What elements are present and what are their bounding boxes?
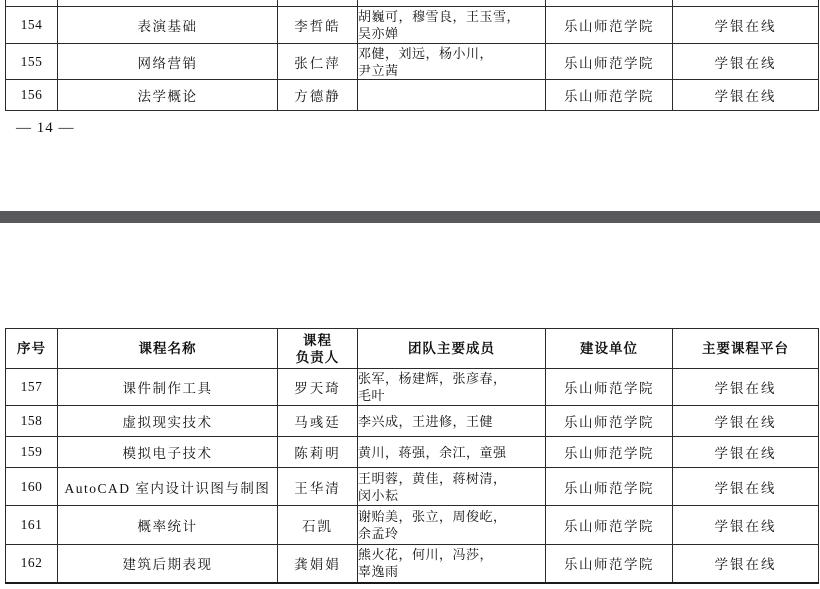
cell-index: 158 bbox=[6, 406, 58, 437]
table-row: 161 概率统计 石凯 谢贻美，张立，周俊屹， 余孟玲 乐山师范学院 学银在线 bbox=[6, 506, 819, 545]
cell-institution: 乐山师范学院 bbox=[546, 369, 673, 406]
cell-course-name: 法学概论 bbox=[58, 80, 278, 111]
cell-index: 156 bbox=[6, 80, 58, 111]
page-separator-bar bbox=[0, 211, 820, 223]
cell-team-members bbox=[358, 80, 546, 111]
cell-team-members: 李兴成，王进修，王健 bbox=[358, 406, 546, 437]
cell-course-leader: 龚娟娟 bbox=[278, 545, 358, 583]
cell-index: 159 bbox=[6, 437, 58, 468]
cell-platform: 学银在线 bbox=[673, 7, 819, 44]
cell-platform: 学银在线 bbox=[673, 406, 819, 437]
cell-institution: 乐山师范学院 bbox=[546, 506, 673, 545]
header-index: 序号 bbox=[6, 329, 58, 369]
cell-team-members: 谢贻美，张立，周俊屹， 余孟玲 bbox=[358, 506, 546, 545]
page-number: — 14 — bbox=[16, 120, 75, 137]
table-row: 158 虚拟现实技术 马彧廷 李兴成，王进修，王健 乐山师范学院 学银在线 bbox=[6, 406, 819, 437]
cell-institution: 乐山师范学院 bbox=[546, 44, 673, 80]
cell-course-leader: 石凯 bbox=[278, 506, 358, 545]
cell-institution: 乐山师范学院 bbox=[546, 7, 673, 44]
cell-team-members: 张军，杨建辉，张彦春， 毛叶 bbox=[358, 369, 546, 406]
cell-course-leader: 张仁萍 bbox=[278, 44, 358, 80]
cell-platform: 学银在线 bbox=[673, 545, 819, 583]
cell-institution: 乐山师范学院 bbox=[546, 406, 673, 437]
cell-course-leader: 马彧廷 bbox=[278, 406, 358, 437]
cell-institution: 乐山师范学院 bbox=[546, 468, 673, 506]
cell-course-name: 网络营销 bbox=[58, 44, 278, 80]
cell-course-name: 表演基础 bbox=[58, 7, 278, 44]
table-row: 154 表演基础 李哲皓 胡巍可，穆雪良，王玉雪， 吴亦婵 乐山师范学院 学银在… bbox=[6, 7, 819, 44]
cell-index: 157 bbox=[6, 369, 58, 406]
cell-index: 154 bbox=[6, 7, 58, 44]
header-course-leader: 课程 负责人 bbox=[278, 329, 358, 369]
cell-team-members: 黄川，蒋强，余江，童强 bbox=[358, 437, 546, 468]
cell-course-name: 模拟电子技术 bbox=[58, 437, 278, 468]
table-row: 155 网络营销 张仁萍 邓健，刘远，杨小川， 尹立茜 乐山师范学院 学银在线 bbox=[6, 44, 819, 80]
cell-index: 160 bbox=[6, 468, 58, 506]
cell-index: 161 bbox=[6, 506, 58, 545]
cell-platform: 学银在线 bbox=[673, 44, 819, 80]
cell-platform: 学银在线 bbox=[673, 468, 819, 506]
cell-institution: 乐山师范学院 bbox=[546, 545, 673, 583]
cell-index: 155 bbox=[6, 44, 58, 80]
header-team-members: 团队主要成员 bbox=[358, 329, 546, 369]
cell-team-members: 王明蓉，黄佳，蒋树清， 闵小耘 bbox=[358, 468, 546, 506]
cell-course-name: 课件制作工具 bbox=[58, 369, 278, 406]
table-row: 156 法学概论 方德静 乐山师范学院 学银在线 bbox=[6, 80, 819, 111]
course-table-page-15: 序号 课程名称 课程 负责人 团队主要成员 建设单位 主要课程平台 157 课件… bbox=[5, 328, 819, 584]
cell-platform: 学银在线 bbox=[673, 437, 819, 468]
table-row: 160 AutoCAD 室内设计识图与制图 王华清 王明蓉，黄佳，蒋树清， 闵小… bbox=[6, 468, 819, 506]
cell-course-leader: 陈莉明 bbox=[278, 437, 358, 468]
table-row: 159 模拟电子技术 陈莉明 黄川，蒋强，余江，童强 乐山师范学院 学银在线 bbox=[6, 437, 819, 468]
cell-team-members: 熊火花，何川，冯莎， 辜逸雨 bbox=[358, 545, 546, 583]
cell-course-name: 虚拟现实技术 bbox=[58, 406, 278, 437]
header-institution: 建设单位 bbox=[546, 329, 673, 369]
cell-platform: 学银在线 bbox=[673, 369, 819, 406]
cell-platform: 学银在线 bbox=[673, 80, 819, 111]
table-row: 157 课件制作工具 罗天琦 张军，杨建辉，张彦春， 毛叶 乐山师范学院 学银在… bbox=[6, 369, 819, 406]
table-header-row: 序号 课程名称 课程 负责人 团队主要成员 建设单位 主要课程平台 bbox=[6, 329, 819, 369]
cell-platform: 学银在线 bbox=[673, 506, 819, 545]
cell-institution: 乐山师范学院 bbox=[546, 437, 673, 468]
cell-course-name: 概率统计 bbox=[58, 506, 278, 545]
cell-course-leader: 李哲皓 bbox=[278, 7, 358, 44]
cell-course-leader: 王华清 bbox=[278, 468, 358, 506]
cell-course-leader: 罗天琦 bbox=[278, 369, 358, 406]
cell-course-name: AutoCAD 室内设计识图与制图 bbox=[58, 468, 278, 506]
cell-team-members: 邓健，刘远，杨小川， 尹立茜 bbox=[358, 44, 546, 80]
cell-team-members: 胡巍可，穆雪良，王玉雪， 吴亦婵 bbox=[358, 7, 546, 44]
cell-index: 162 bbox=[6, 545, 58, 583]
cell-institution: 乐山师范学院 bbox=[546, 80, 673, 111]
cell-course-name: 建筑后期表现 bbox=[58, 545, 278, 583]
table-row: 162 建筑后期表现 龚娟娟 熊火花，何川，冯莎， 辜逸雨 乐山师范学院 学银在… bbox=[6, 545, 819, 583]
course-table-page-14: 154 表演基础 李哲皓 胡巍可，穆雪良，王玉雪， 吴亦婵 乐山师范学院 学银在… bbox=[5, 0, 819, 111]
header-platform: 主要课程平台 bbox=[673, 329, 819, 369]
cell-course-leader: 方德静 bbox=[278, 80, 358, 111]
header-course-name: 课程名称 bbox=[58, 329, 278, 369]
